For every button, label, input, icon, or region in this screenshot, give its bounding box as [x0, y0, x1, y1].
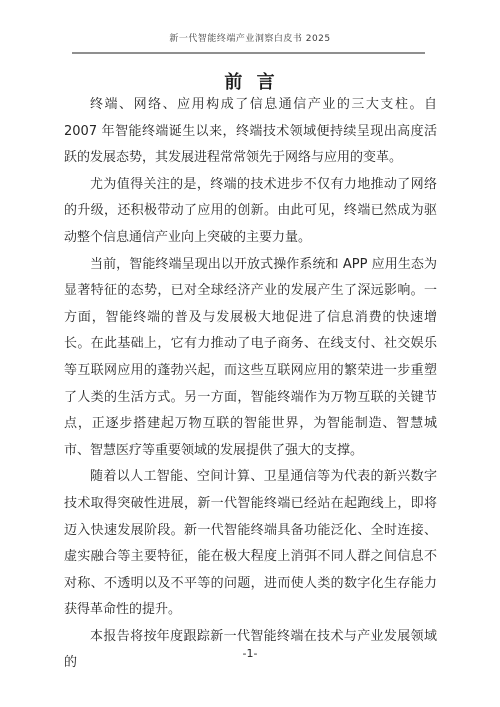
section-title: 前 言 [0, 68, 500, 94]
paragraph-3: 当前，智能终端呈现出以开放式操作系统和 APP 应用生态为显著特征的态势，已对全… [64, 252, 437, 465]
document-page: 新一代智能终端产业洞察白皮书 2025 前 言 终端、网络、应用构成了信息通信产… [0, 0, 500, 707]
paragraph-2: 尤为值得关注的是，终端的技术进步不仅有力地推动了网络的升级，还积极带动了应用的创… [64, 172, 437, 252]
paragraph-1: 终端、网络、应用构成了信息通信产业的三大支柱。自 2007 年智能终端诞生以来，… [64, 92, 437, 172]
document-body: 终端、网络、应用构成了信息通信产业的三大支柱。自 2007 年智能终端诞生以来，… [64, 92, 437, 677]
running-header-title: 新一代智能终端产业洞察白皮书 2025 [0, 31, 500, 44]
page-footer: -1- [0, 647, 500, 660]
header-divider-line [72, 52, 425, 54]
paragraph-4: 随着以人工智能、空间计算、卫星通信等为代表的新兴数字技术取得突破性进展，新一代智… [64, 464, 437, 624]
page-number: -1- [243, 647, 258, 660]
